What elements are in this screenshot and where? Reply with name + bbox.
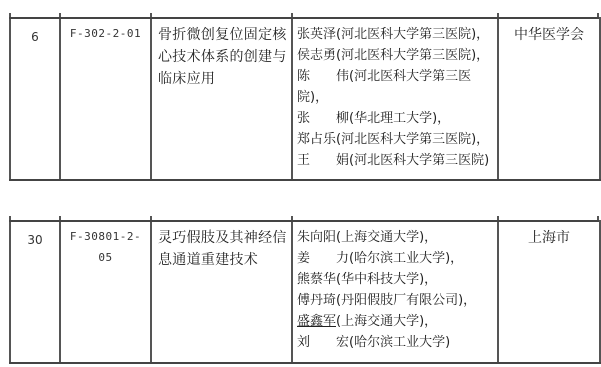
person-entry: 陈伟(河北医科大学第三医院)， bbox=[297, 66, 472, 108]
project-title: 骨折微创复位固定核心技术体系的创建与临床应用 bbox=[151, 18, 292, 180]
person-entry: 郑占乐(河北医科大学第三医院)， bbox=[297, 129, 495, 150]
project-code-line-2: 05 bbox=[61, 247, 150, 268]
person-entry: 刘宏(哈尔滨工业大学) bbox=[297, 332, 495, 353]
person-entry: 盛鑫军(上海交通大学)， bbox=[297, 311, 495, 332]
nominator: 上海市 bbox=[498, 221, 600, 363]
row-number: 6 bbox=[10, 18, 60, 180]
project-code-line-1: F-30801-2- bbox=[61, 226, 150, 247]
person-entry: 张柳(华北理工大学)， bbox=[297, 108, 495, 129]
people-list: 张英泽(河北医科大学第三医院)， 侯志勇(河北医科大学第三医院)， 陈伟(河北医… bbox=[292, 18, 498, 180]
project-code: F-30801-2- 05 bbox=[60, 221, 151, 363]
row-number: 30 bbox=[10, 221, 60, 363]
person-entry: 傅丹琦(丹阳假肢厂有限公司)， bbox=[297, 290, 495, 311]
nominator: 中华医学会 bbox=[498, 18, 600, 180]
person-entry: 王娟(河北医科大学第三医院) bbox=[297, 150, 495, 171]
table-row: 30 F-30801-2- 05 灵巧假肢及其神经信息通道重建技术 朱向阳(上海… bbox=[10, 221, 600, 363]
person-entry: 张英泽(河北医科大学第三医院)， bbox=[297, 24, 495, 45]
person-entry: 姜力(哈尔滨工业大学)， bbox=[297, 248, 495, 269]
award-table-1: 6 F-302-2-01 骨折微创复位固定核心技术体系的创建与临床应用 张英泽(… bbox=[9, 17, 601, 181]
table-row: 6 F-302-2-01 骨折微创复位固定核心技术体系的创建与临床应用 张英泽(… bbox=[10, 18, 600, 180]
project-code: F-302-2-01 bbox=[60, 18, 151, 180]
person-entry: 熊蔡华(华中科技大学)， bbox=[297, 269, 495, 290]
project-title: 灵巧假肢及其神经信息通道重建技术 bbox=[151, 221, 292, 363]
people-list: 朱向阳(上海交通大学)， 姜力(哈尔滨工业大学)， 熊蔡华(华中科技大学)， 傅… bbox=[292, 221, 498, 363]
person-entry: 朱向阳(上海交通大学)， bbox=[297, 227, 495, 248]
award-table-2: 30 F-30801-2- 05 灵巧假肢及其神经信息通道重建技术 朱向阳(上海… bbox=[9, 220, 601, 364]
person-entry: 侯志勇(河北医科大学第三医院)， bbox=[297, 45, 495, 66]
